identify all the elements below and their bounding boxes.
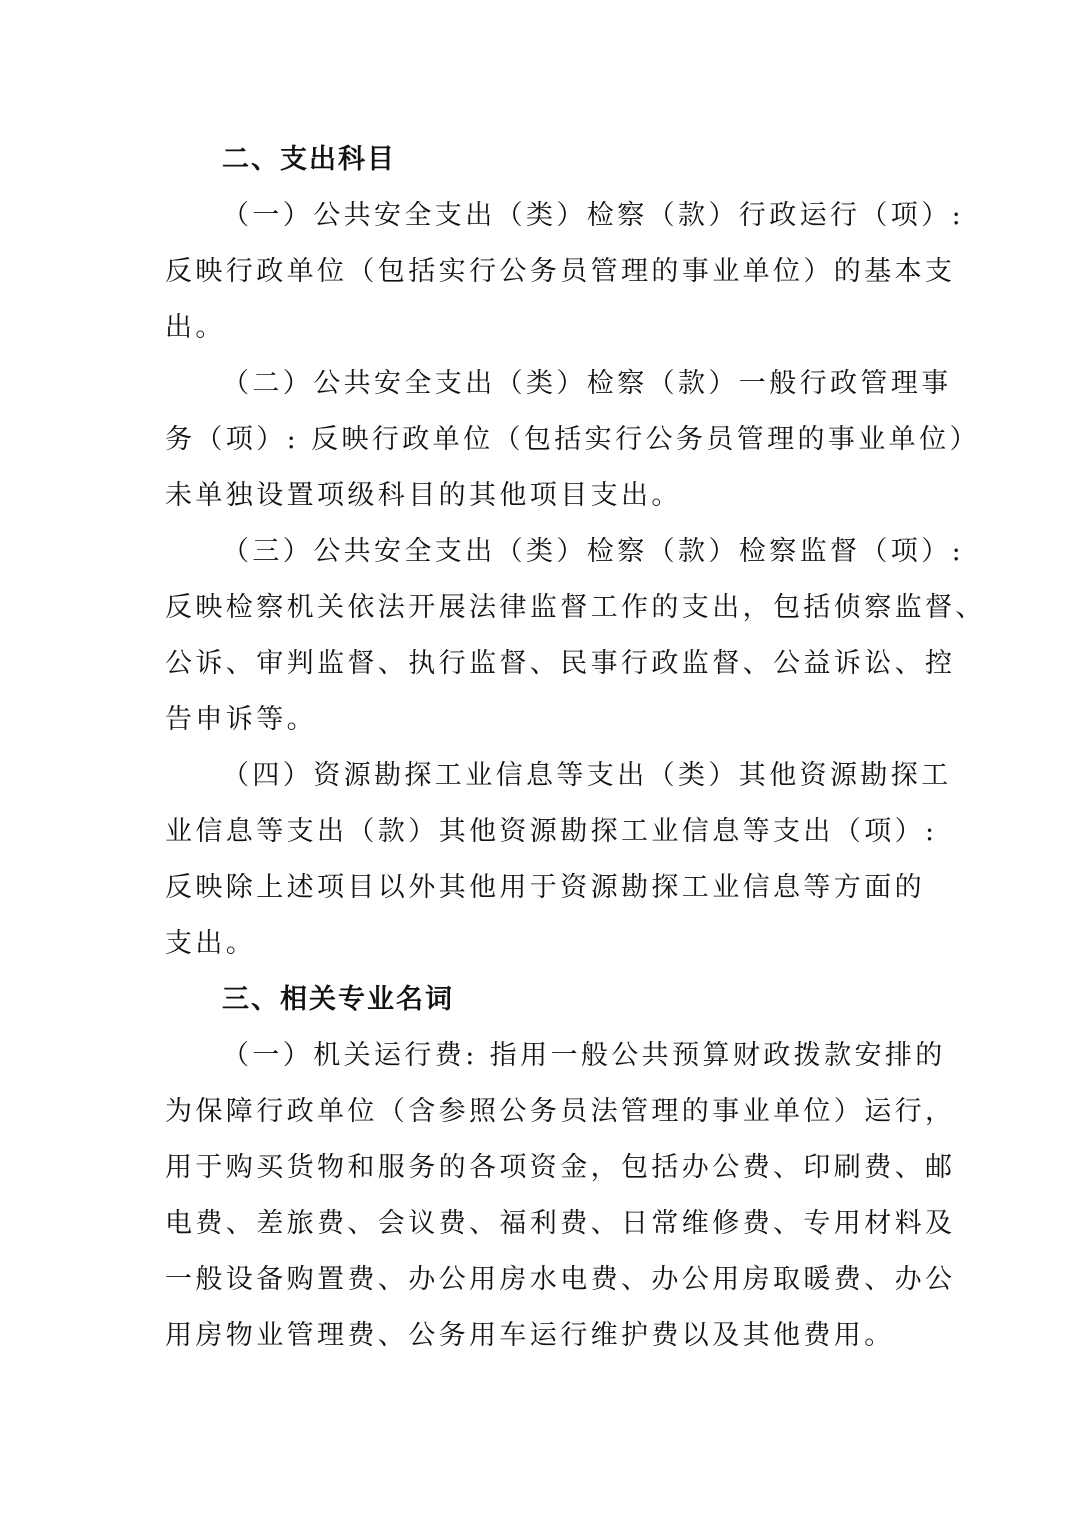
paragraph-line: 电费、差旅费、会议费、福利费、日常维修费、专用材料及 [165,1196,955,1252]
paragraph-line: （一）公共安全支出（类）检察（款）行政运行（项）: [222,188,964,244]
paragraph-line: （二）公共安全支出（类）检察（款）一般行政管理事 [222,356,952,412]
document-page: 二、支出科目 （一）公共安全支出（类）检察（款）行政运行（项）: 反映行政单位（… [0,0,1074,1520]
paragraph-line: 为保障行政单位（含参照公务员法管理的事业单位）运行， [165,1084,955,1140]
paragraph-line: 用房物业管理费、公务用车运行维护费以及其他费用。 [165,1308,895,1364]
section-heading-related-terms: 三、相关专业名词 [222,972,454,1028]
paragraph-line: 务（项）: 反映行政单位（包括实行公务员管理的事业单位） [165,412,980,468]
paragraph-line: 反映除上述项目以外其他用于资源勘探工业信息等方面的 [165,860,925,916]
paragraph-line: 一般设备购置费、办公用房水电费、办公用房取暖费、办公 [165,1252,955,1308]
paragraph-line: 用于购买货物和服务的各项资金，包括办公费、印刷费、邮 [165,1140,955,1196]
paragraph-line: 业信息等支出（款）其他资源勘探工业信息等支出（项）: [165,804,938,860]
paragraph-line: 告申诉等。 [165,692,317,748]
paragraph-line: 公诉、审判监督、执行监督、民事行政监督、公益诉讼、控 [165,636,955,692]
paragraph-line: 反映检察机关依法开展法律监督工作的支出，包括侦察监督、 [165,580,986,636]
paragraph-line: 支出。 [165,916,256,972]
paragraph-line: （四）资源勘探工业信息等支出（类）其他资源勘探工 [222,748,952,804]
paragraph-line: 未单独设置项级科目的其他项目支出。 [165,468,682,524]
paragraph-line: 出。 [165,300,226,356]
section-heading-expenditure-items: 二、支出科目 [222,132,396,188]
paragraph-line: （三）公共安全支出（类）检察（款）检察监督（项）: [222,524,964,580]
paragraph-line: （一）机关运行费: 指用一般公共预算财政拨款安排的 [222,1028,946,1084]
paragraph-line: 反映行政单位（包括实行公务员管理的事业单位）的基本支 [165,244,955,300]
